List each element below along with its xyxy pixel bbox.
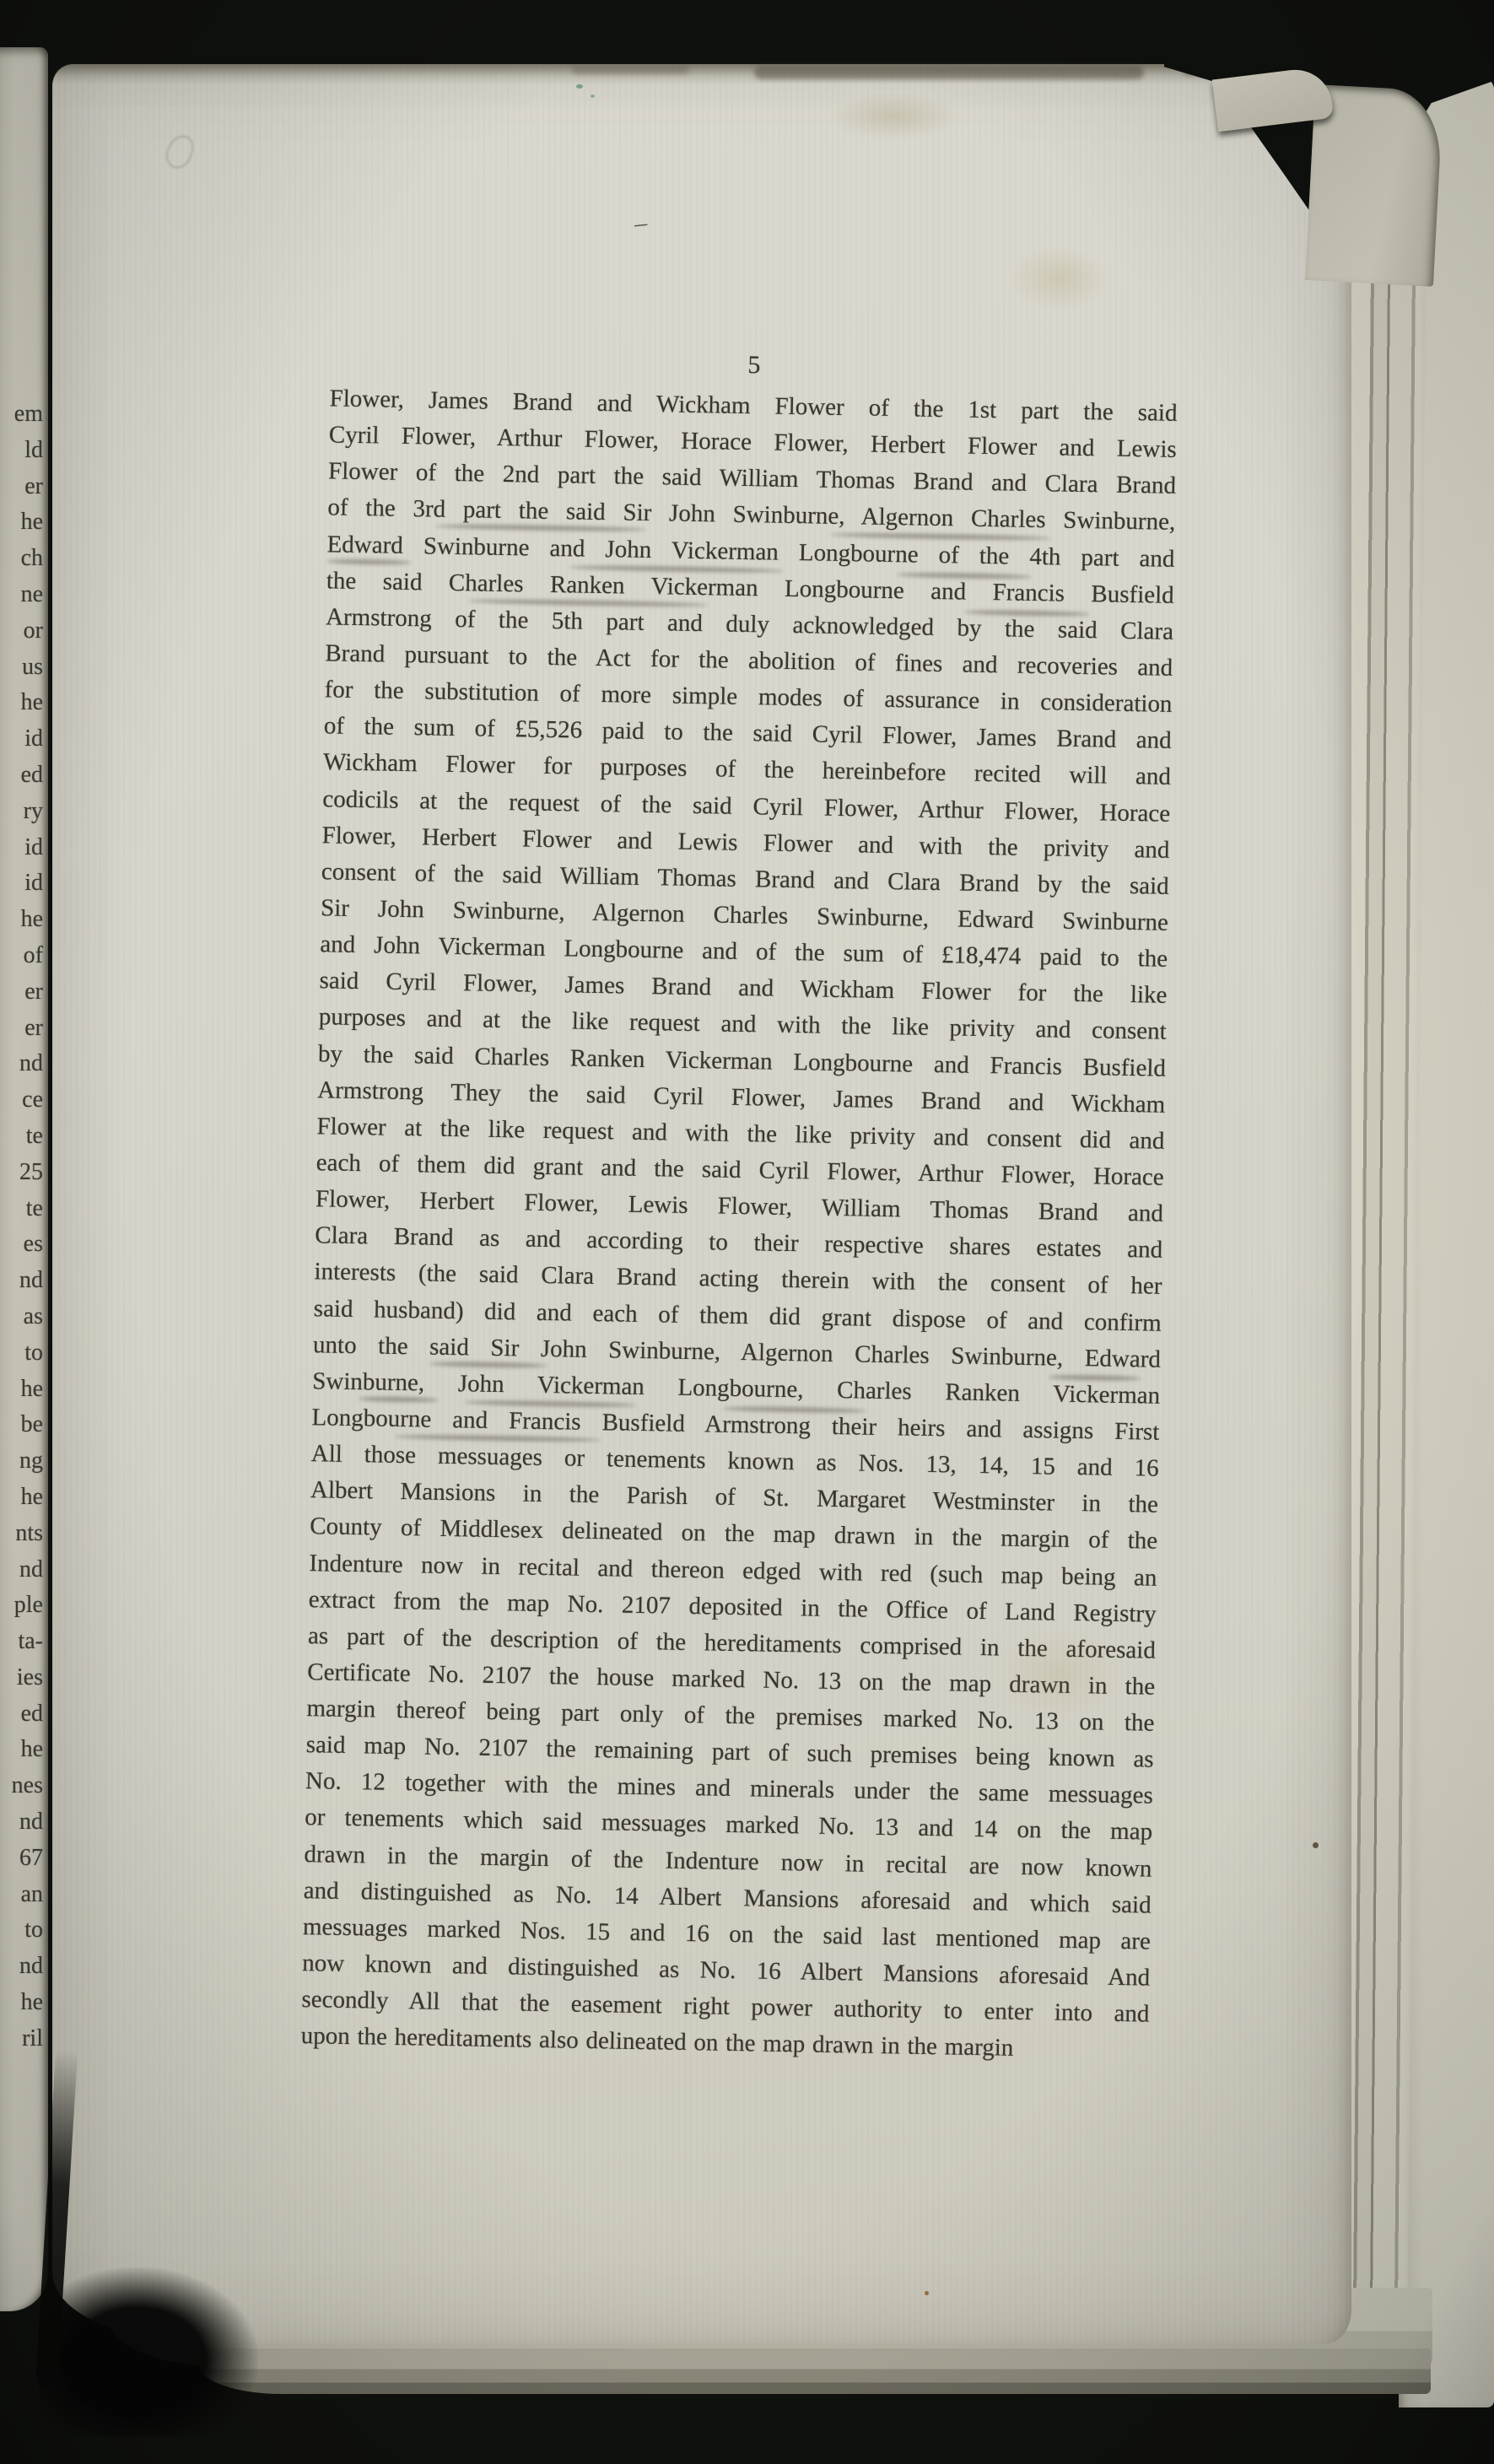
margin-fragment: nd xyxy=(0,1046,43,1082)
margin-fragment: ple xyxy=(0,1588,43,1624)
page-top-dirty-edge xyxy=(52,64,1351,84)
margin-fragment: te xyxy=(0,1119,43,1155)
margin-fragment: ry xyxy=(0,794,43,830)
margin-fragment: 67 xyxy=(0,1841,43,1877)
margin-fragment: nts xyxy=(0,1516,43,1552)
margin-fragment: 25 xyxy=(0,1155,43,1191)
margin-fragment: an xyxy=(0,1877,43,1913)
margin-fragment: te xyxy=(0,1191,43,1227)
margin-fragment: ng xyxy=(0,1443,43,1480)
margin-fragment: id xyxy=(0,721,43,758)
margin-fragment: he xyxy=(0,902,43,938)
margin-fragment: ne xyxy=(0,577,43,613)
margin-fragment: be xyxy=(0,1407,43,1443)
dirt-blotch xyxy=(572,66,689,74)
margin-fragment: ta- xyxy=(0,1624,43,1660)
margin-fragment: nd xyxy=(0,1804,43,1841)
margin-fragment: he xyxy=(0,1732,43,1768)
margin-fragment: ed xyxy=(0,758,43,794)
margin-fragment: he xyxy=(0,685,43,721)
margin-fragment: he xyxy=(0,1372,43,1408)
dark-speck xyxy=(1313,1842,1319,1848)
pencil-scribble xyxy=(164,132,197,171)
page-text-block: 5 Flower, James Brand and Wickham Flower… xyxy=(300,343,1178,2069)
margin-fragment: id xyxy=(0,865,43,902)
dirt-blotch xyxy=(754,66,1144,79)
previous-page-edge: emlderhechneorusheidedryididheofererndce… xyxy=(0,47,48,2311)
margin-fragment: ies xyxy=(0,1660,43,1696)
margin-fragment: or xyxy=(0,613,43,650)
green-fleck xyxy=(576,84,583,89)
photographed-book-page: emlderhechneorusheidedryididheofererndce… xyxy=(0,0,1494,2464)
margin-fragment: er xyxy=(0,1011,43,1047)
margin-fragment: es xyxy=(0,1227,43,1263)
margin-fragment: nd xyxy=(0,1949,43,1985)
margin-fragment: us xyxy=(0,650,43,686)
margin-fragment: nd xyxy=(0,1263,43,1299)
margin-fragment: er xyxy=(0,974,43,1011)
margin-fragment: as xyxy=(0,1299,43,1335)
stray-ink-mark: – xyxy=(633,208,648,238)
margin-fragment: ed xyxy=(0,1696,43,1733)
margin-fragment: id xyxy=(0,830,43,866)
margin-fragment: he xyxy=(0,1480,43,1516)
green-fleck xyxy=(591,94,595,98)
margin-fragment: he xyxy=(0,1985,43,2021)
page-edge-stack-bottom-lower xyxy=(199,2348,1431,2394)
margin-fragment: he xyxy=(0,504,43,541)
margin-fragment: er xyxy=(0,469,43,505)
margin-fragment: to xyxy=(0,1335,43,1372)
margin-fragment: of xyxy=(0,938,43,974)
margin-fragments-column: emlderhechneorusheidedryididheofererndce… xyxy=(0,396,43,2057)
body-text: Flower, James Brand and Wickham Flower o… xyxy=(300,380,1177,2069)
book-page: – 5 Flower, James Brand and Wickham Flow… xyxy=(52,64,1351,2343)
margin-fragment: ril xyxy=(0,2021,43,2057)
margin-fragment: ce xyxy=(0,1082,43,1119)
margin-fragment: ld xyxy=(0,433,43,469)
margin-fragment: to xyxy=(0,1912,43,1949)
margin-fragment: em xyxy=(0,396,43,433)
margin-fragment: nd xyxy=(0,1552,43,1588)
bottom-left-shadow xyxy=(39,2267,258,2436)
margin-fragment: nes xyxy=(0,1768,43,1804)
rust-speck xyxy=(925,2291,929,2295)
margin-fragment: ch xyxy=(0,541,43,577)
